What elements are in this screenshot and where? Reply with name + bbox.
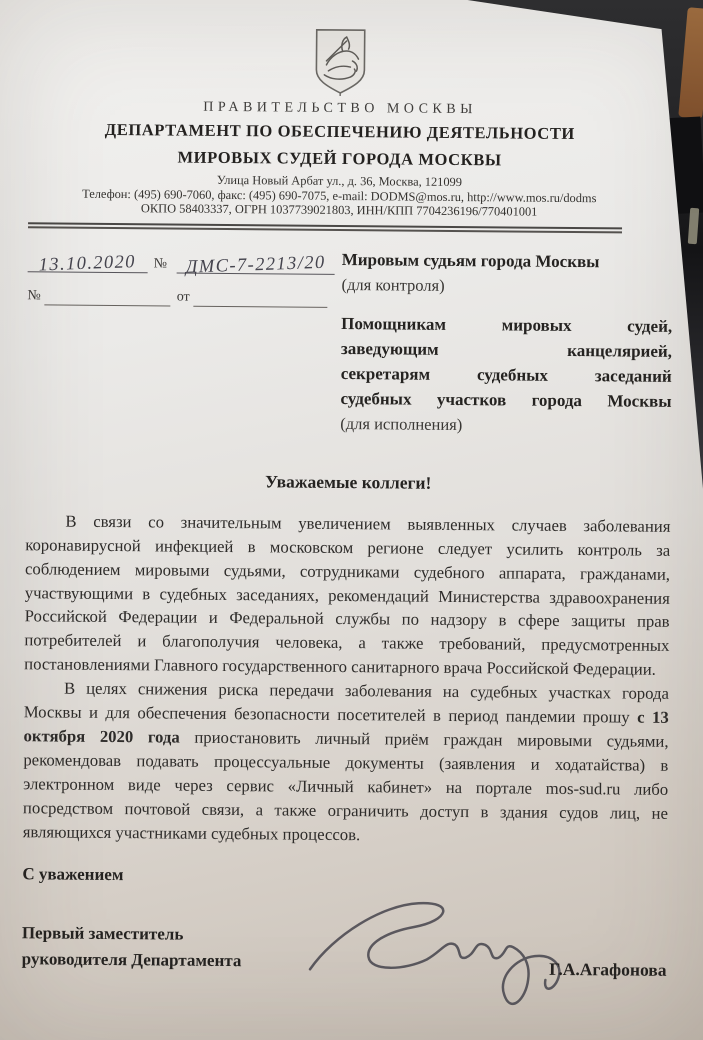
addressee-judges-note: (для контроля) (341, 275, 672, 298)
date-line: 13.10.2020 (28, 250, 148, 273)
addressee-staff-note: (для исполнения) (340, 414, 671, 437)
letterhead: ПРАВИТЕЛЬСТВО МОСКВЫ ДЕПАРТАМЕНТ ПО ОБЕС… (28, 24, 652, 233)
addressee-block: Мировым судьям города Москвы (для контро… (340, 247, 673, 453)
number-sign: № (154, 256, 167, 272)
addressee-staff-line1: Помощникам мировых судей, (341, 311, 672, 339)
reply-reference-row: № от (27, 288, 335, 308)
background-object-sticker (688, 208, 699, 245)
department-name-line1: ДЕПАРТАМЕНТ ПО ОБЕСПЕЧЕНИЮ ДЕЯТЕЛЬНОСТИ (29, 117, 651, 146)
signer-title-line1: Первый заместитель (22, 921, 242, 949)
letterhead-divider (28, 222, 622, 233)
reply-from-label: от (177, 289, 190, 305)
moscow-coat-of-arms-icon (312, 27, 369, 97)
paragraph-2: В целях снижения риска передачи заболева… (23, 676, 669, 849)
government-title: ПРАВИТЕЛЬСТВО МОСКВЫ (29, 98, 651, 119)
outgoing-number-row: 13.10.2020 № ДМС-7-2213/20 (28, 250, 336, 275)
reference-block: 13.10.2020 № ДМС-7-2213/20 № от (26, 244, 336, 450)
handwritten-number: ДМС-7-2213/20 (186, 253, 327, 279)
paragraph-2-text-before: В целях снижения риска передачи заболева… (24, 679, 669, 727)
reply-number-sign: № (27, 288, 40, 304)
addressee-staff-line2: заведующим канцелярией, (341, 336, 672, 364)
paragraph-1: В связи со значительным увеличением выяв… (24, 509, 670, 682)
signer-title-line2: руководителя Департамента (22, 947, 242, 975)
document-paper: ПРАВИТЕЛЬСТВО МОСКВЫ ДЕПАРТАМЕНТ ПО ОБЕС… (0, 0, 703, 1040)
signature-row: Первый заместитель руководителя Департам… (21, 907, 667, 1040)
addressee-judges: Мировым судьям города Москвы (342, 247, 673, 275)
handwritten-date: 13.10.2020 (39, 252, 137, 276)
number-line: ДМС-7-2213/20 (177, 251, 335, 274)
letter-content: ПРАВИТЕЛЬСТВО МОСКВЫ ДЕПАРТАМЕНТ ПО ОБЕС… (0, 0, 703, 1040)
salutation: Уважаемые коллеги! (26, 469, 671, 496)
handwritten-signature (303, 883, 574, 1017)
background-object-orange (678, 7, 703, 119)
addressee-staff-line4: судебных участков города Москвы (340, 386, 671, 414)
addressee-staff-line3: секретарям судебных заседаний (341, 361, 672, 389)
photographed-letter: ПРАВИТЕЛЬСТВО МОСКВЫ ДЕПАРТАМЕНТ ПО ОБЕС… (0, 0, 703, 1040)
signer-title: Первый заместитель руководителя Департам… (22, 921, 242, 975)
signer-name: Г.А.Агафонова (549, 959, 667, 981)
department-name-line2: МИРОВЫХ СУДЕЙ ГОРОДА МОСКВЫ (29, 144, 651, 173)
reference-and-addressees: 13.10.2020 № ДМС-7-2213/20 № от Мировым … (26, 244, 673, 453)
reply-date-blank (194, 291, 328, 307)
reply-number-blank (45, 290, 171, 306)
